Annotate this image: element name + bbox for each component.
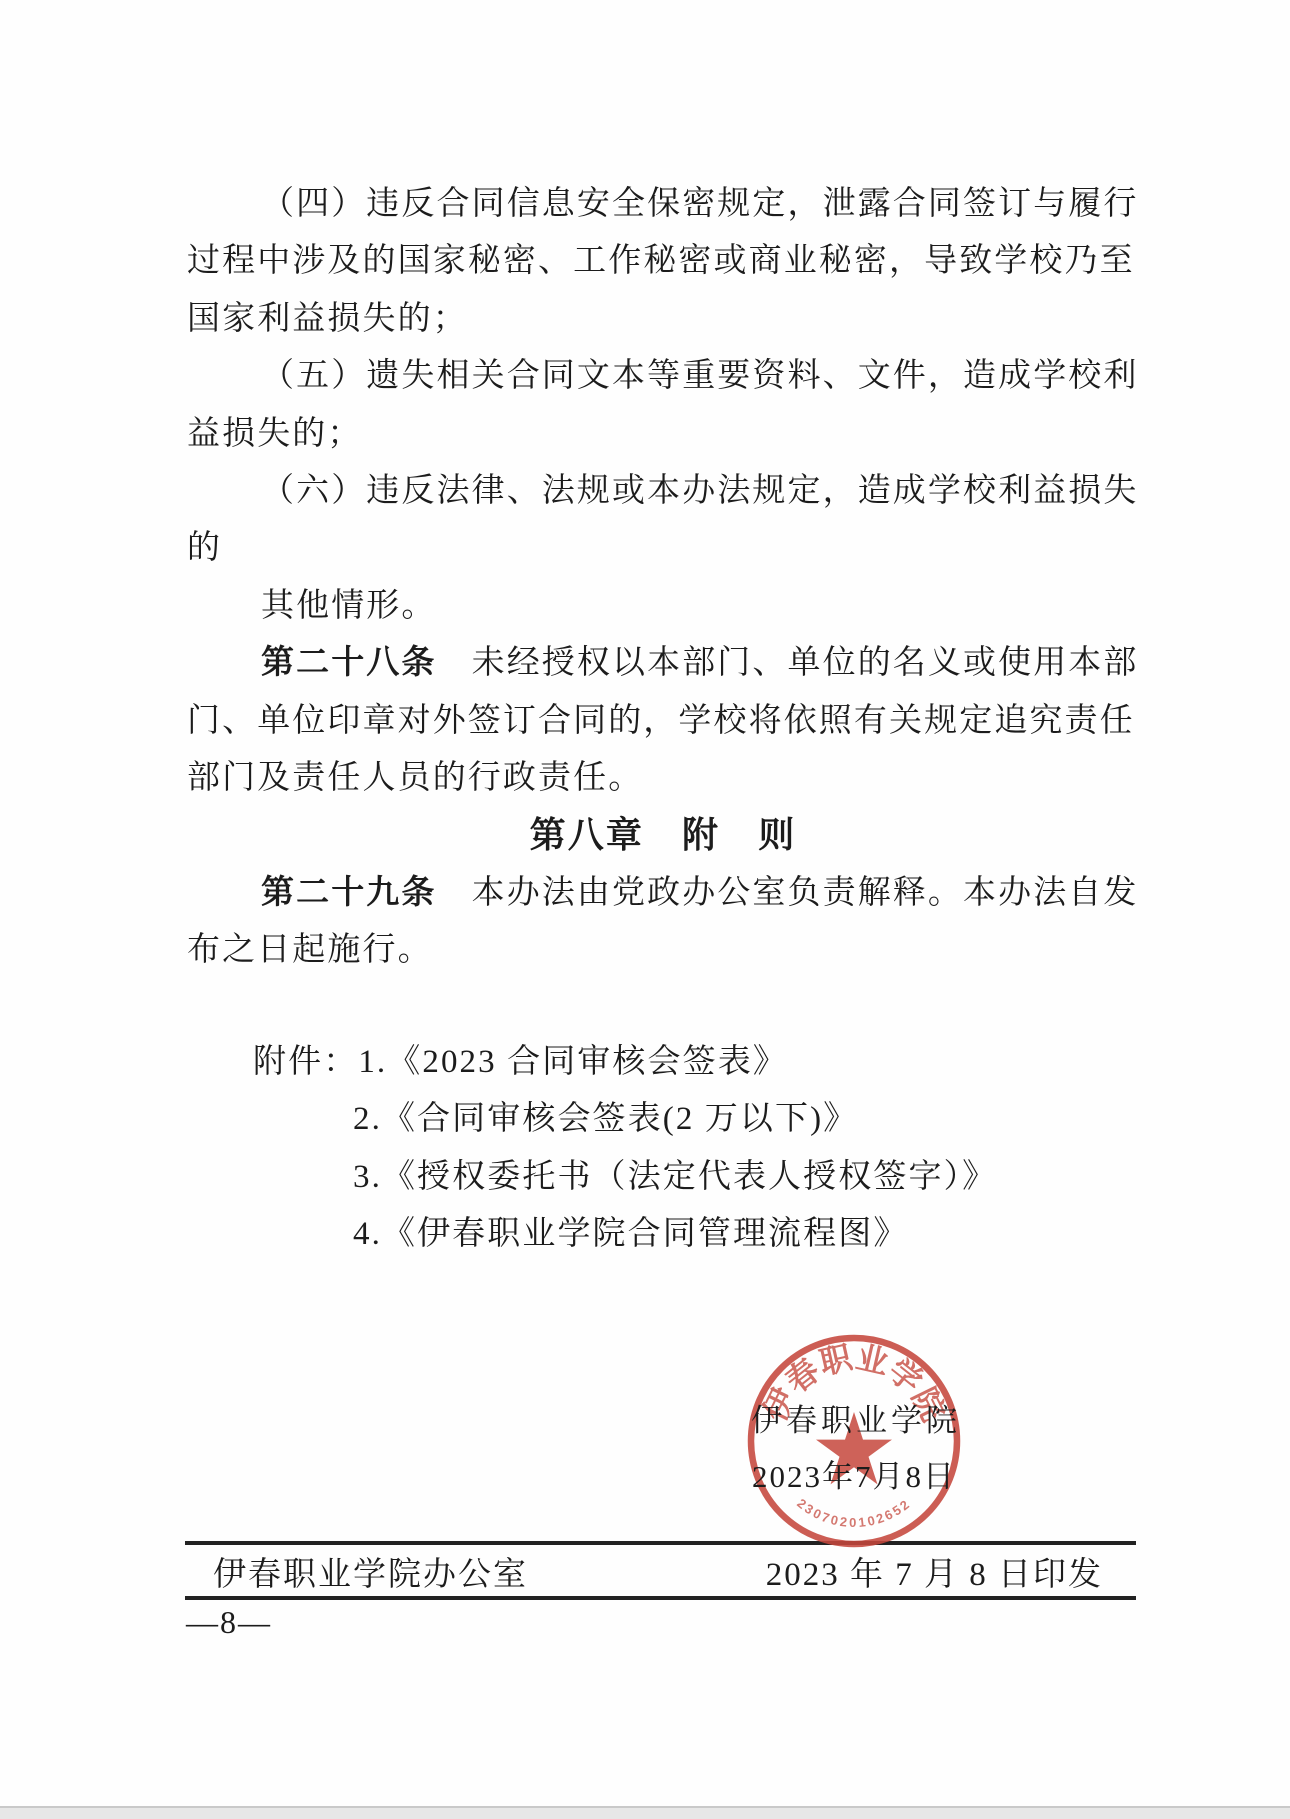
body-line-text: 未经授权以本部门、单位的名义或使用本部 — [437, 645, 1139, 681]
footer-rule-bottom — [185, 1596, 1136, 1600]
body-line: 其他情形。 — [187, 578, 1139, 635]
body-line-text: 其他情形。 — [261, 588, 437, 624]
body-line: 的 — [187, 520, 1139, 577]
attachment-item: 附件：1.《2023 合同审核会签表》 — [187, 1034, 1139, 1091]
attachments-label: 附件： — [253, 1044, 358, 1080]
chapter-heading-text: 第八章 附 则 — [530, 815, 797, 855]
body-line: 门、单位印章对外签订合同的，学校将依照有关规定追究责任 — [187, 693, 1139, 750]
document-page: （四）违反合同信息安全保密规定，泄露合同签订与履行 过程中涉及的国家秘密、工作秘… — [0, 0, 1290, 1819]
body-line: 布之日起施行。 — [187, 922, 1139, 979]
body-line: （四）违反合同信息安全保密规定，泄露合同签订与履行 — [187, 176, 1139, 233]
attachment-item-text: 2.《合同审核会签表(2 万以下)》 — [353, 1101, 858, 1137]
body-line-article-29: 第二十九条 本办法由党政办公室负责解释。本办法自发 — [187, 865, 1139, 922]
body-line-text: 益损失的； — [187, 416, 363, 452]
body-line-text: （五）遗失相关合同文本等重要资料、文件，造成学校利 — [261, 358, 1139, 394]
attachment-item-text: 4.《伊春职业学院合同管理流程图》 — [353, 1216, 908, 1252]
body-line-text: 过程中涉及的国家秘密、工作秘密或商业秘密，导致学校乃至 — [187, 243, 1135, 279]
article-number: 第二十八条 — [261, 645, 437, 681]
official-seal: 伊春职业学院 2307020102652 — [744, 1331, 964, 1551]
seal-serial-number: 2307020102652 — [794, 1496, 914, 1531]
footer-row: 伊春职业学院办公室 2023 年 7 月 8 日印发 — [213, 1549, 1103, 1593]
body-line: （六）违反法律、法规或本办法规定，造成学校利益损失 — [187, 463, 1139, 520]
attachment-item-text: 1.《2023 合同审核会签表》 — [358, 1044, 788, 1080]
attachment-item: 4.《伊春职业学院合同管理流程图》 — [187, 1206, 1139, 1263]
body-line: 益损失的； — [187, 406, 1139, 463]
body-line-text: （四）违反合同信息安全保密规定，泄露合同签订与履行 — [261, 186, 1139, 222]
body-line: 部门及责任人员的行政责任。 — [187, 750, 1139, 807]
body-line-text: （六）违反法律、法规或本办法规定，造成学校利益损失 — [261, 473, 1139, 509]
body-line-text: 本办法由党政办公室负责解释。本办法自发 — [437, 875, 1139, 911]
attachment-item: 3.《授权委托书（法定代表人授权签字）》 — [187, 1149, 1139, 1206]
footer-issuer: 伊春职业学院办公室 — [213, 1548, 528, 1595]
footer-rule-top — [185, 1541, 1136, 1545]
chapter-heading: 第八章 附 则 — [187, 807, 1139, 864]
attachment-item: 2.《合同审核会签表(2 万以下)》 — [187, 1091, 1139, 1148]
footer-print-date: 2023 年 7 月 8 日印发 — [766, 1548, 1103, 1595]
body-line-text: 部门及责任人员的行政责任。 — [187, 760, 643, 796]
signature-organization: 伊春职业学院 — [751, 1395, 961, 1440]
attachments-list: 附件：1.《2023 合同审核会签表》 2.《合同审核会签表(2 万以下)》 3… — [187, 1034, 1139, 1264]
page-number: —8— — [186, 1604, 272, 1641]
body-line: （五）遗失相关合同文本等重要资料、文件，造成学校利 — [187, 348, 1139, 405]
body-line: 过程中涉及的国家秘密、工作秘密或商业秘密，导致学校乃至 — [187, 233, 1139, 290]
document-body: （四）违反合同信息安全保密规定，泄露合同签订与履行 过程中涉及的国家秘密、工作秘… — [187, 176, 1139, 979]
body-line-text: 国家利益损失的； — [187, 301, 468, 337]
body-line-text: 门、单位印章对外签订合同的，学校将依照有关规定追究责任 — [187, 703, 1135, 739]
scan-edge-shadow — [0, 1806, 1290, 1819]
body-line: 国家利益损失的； — [187, 291, 1139, 348]
signature-date: 2023年7月8日 — [752, 1451, 956, 1496]
body-line-article-28: 第二十八条 未经授权以本部门、单位的名义或使用本部 — [187, 635, 1139, 692]
article-number: 第二十九条 — [261, 875, 437, 911]
body-line-text: 的 — [187, 530, 222, 566]
attachment-item-text: 3.《授权委托书（法定代表人授权签字）》 — [353, 1159, 997, 1195]
body-line-text: 布之日起施行。 — [187, 932, 433, 968]
